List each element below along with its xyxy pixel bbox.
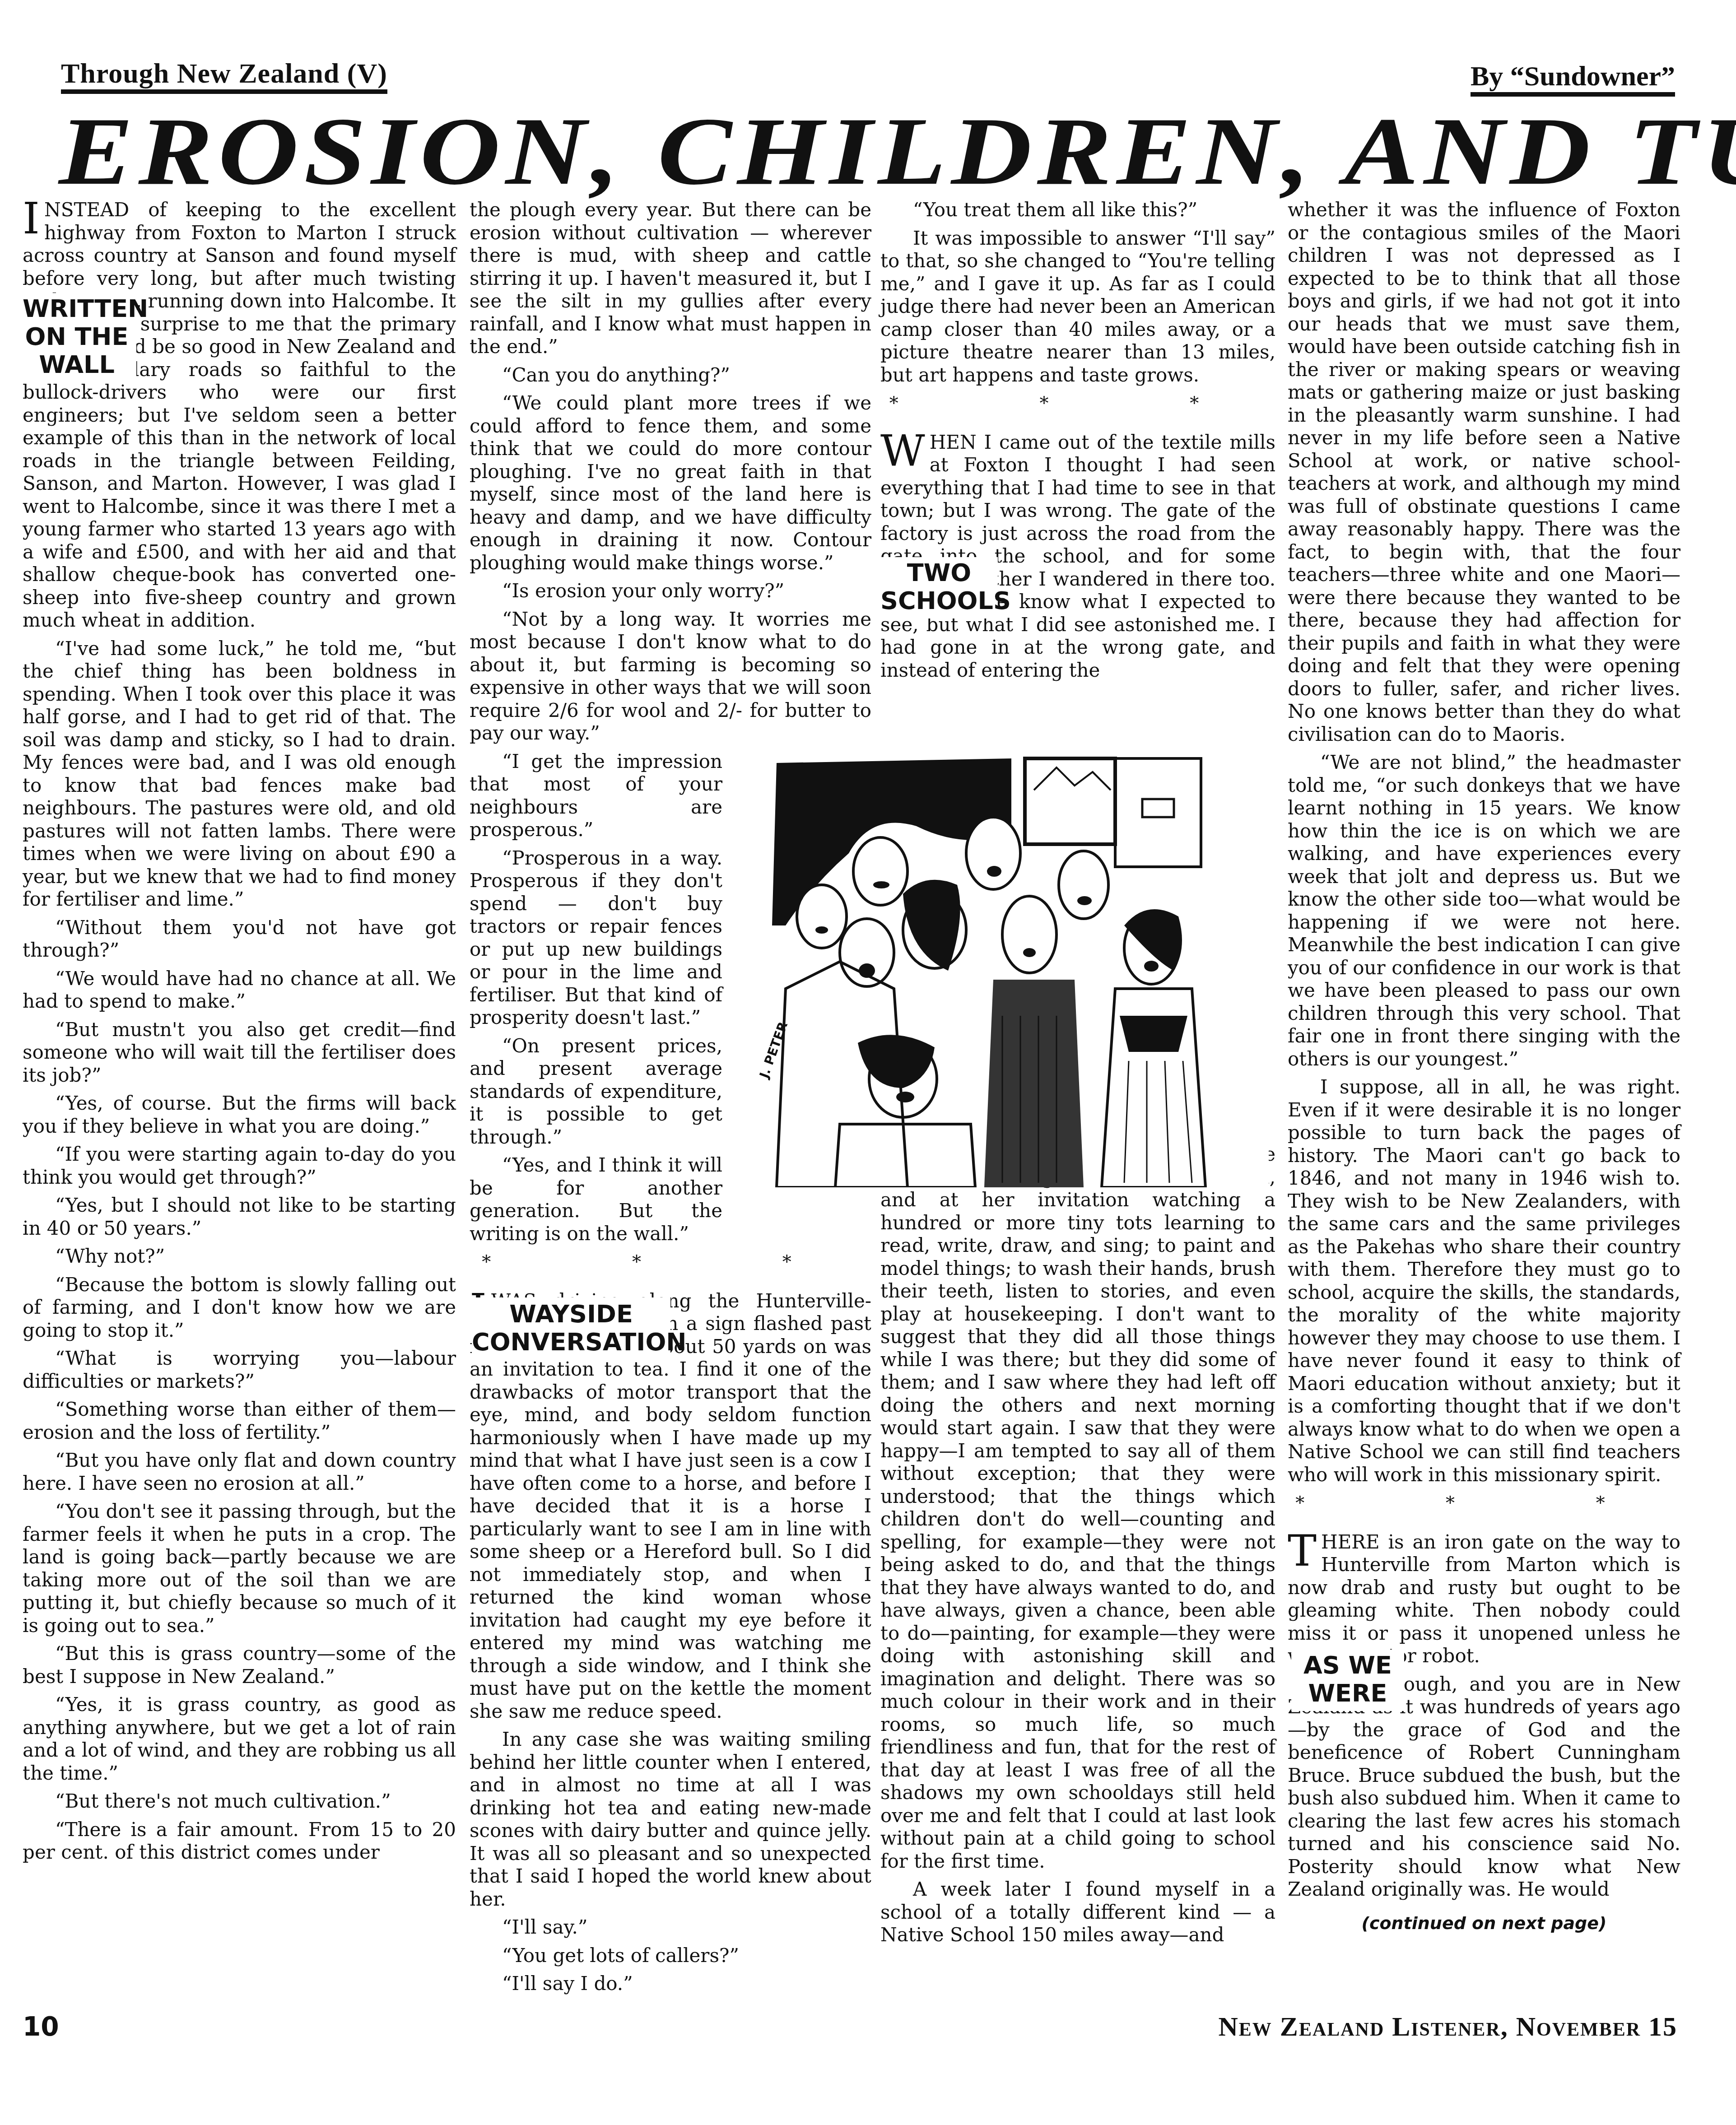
subhead-wayside-conversation: WAYSIDE CONVERSATION <box>472 1297 670 1361</box>
paragraph: “Something worse than either of them—ero… <box>23 1398 456 1444</box>
paragraph: I NSTEAD of keeping to the excellent hig… <box>23 199 456 632</box>
illustration-children-singing: J. PETER <box>759 736 1269 1187</box>
paragraph: W HEN I came out of the textile mills at… <box>880 431 1275 682</box>
paragraph: “Is erosion your only worry?” <box>470 580 871 603</box>
paragraph: “You don't see it passing through, but t… <box>23 1500 456 1637</box>
paragraph: “Can you do anything?” <box>470 364 871 387</box>
paragraph: “If you were starting again to-day do yo… <box>23 1143 456 1189</box>
headline: EROSION, CHILDREN, AND TUSSOCKS <box>59 106 1736 196</box>
subhead-as-we-were: AS WE WERE <box>1291 1650 1404 1711</box>
children-singing-drawing: J. PETER <box>759 736 1269 1187</box>
column-1: I NSTEAD of keeping to the excellent hig… <box>23 199 456 1869</box>
paragraph: “But you have only flat and down country… <box>23 1449 456 1495</box>
magazine-footer: New Zealand Listener, November 15 <box>1219 2011 1677 2042</box>
paragraph: main school, found myself talking to the… <box>880 1143 1275 1873</box>
paragraph: “But mustn't you also get credit—find so… <box>23 1018 456 1087</box>
paragraph: “But there's not much cultivation.” <box>23 1790 456 1813</box>
drop-cap: W <box>880 433 925 469</box>
section-separator: * * * <box>1288 1492 1680 1515</box>
paragraph: the plough every year. But there can be … <box>470 199 871 358</box>
paragraph: “Yes, but I should not like to be starti… <box>23 1194 456 1240</box>
paragraph: “Prosperous in a way. Prosperous if they… <box>470 847 722 1029</box>
paragraph: “Yes, of course. But the firms will back… <box>23 1092 456 1138</box>
drop-cap: T <box>1288 1533 1317 1569</box>
paragraph: “What is worrying you—labour difficultie… <box>23 1347 456 1393</box>
paragraph: “Because the bottom is slowly falling ou… <box>23 1274 456 1342</box>
paragraph: “But this is grass country—some of the b… <box>23 1642 456 1688</box>
subhead-two-schools: TWO SCHOOLS <box>880 557 998 618</box>
section-separator: * * * <box>470 1251 871 1274</box>
paragraph: “Yes, it is grass country, as good as an… <box>23 1693 456 1785</box>
paragraph: “There is a fair amount. From 15 to 20 p… <box>23 1818 456 1864</box>
paragraph: “I'll say.” <box>470 1916 871 1939</box>
paragraph: “Without them you'd not have got through… <box>23 916 456 962</box>
drop-cap: I <box>23 200 40 237</box>
paragraph: In any case she was waiting smiling behi… <box>470 1728 871 1911</box>
section-separator: * * * <box>880 392 1275 415</box>
series-title: Through New Zealand (V) <box>61 59 387 94</box>
paragraph: “We could plant more trees if we could a… <box>470 392 871 574</box>
paragraph: A week later I found myself in a school … <box>880 1878 1275 1947</box>
paragraph: “You treat them all like this?” <box>880 199 1275 222</box>
paragraph: “On present prices, and present average … <box>470 1035 722 1149</box>
paragraph: “We are not blind,” the headmaster told … <box>1288 751 1680 1070</box>
paragraph: whether it was the influence of Foxton o… <box>1288 199 1680 746</box>
narrow-text-block: “I get the impression that most of your … <box>470 750 722 1246</box>
paragraph: “Yes, and I think it will be for another… <box>470 1154 722 1245</box>
paragraph: I suppose, all in all, he was right. Eve… <box>1288 1076 1680 1486</box>
paragraph: “Not by a long way. It worries me most b… <box>470 608 871 745</box>
paragraph: It was impossible to answer “I'll say” t… <box>880 227 1275 387</box>
paragraph: “Why not?” <box>23 1245 456 1268</box>
paragraph: “I get the impression that most of your … <box>470 750 722 842</box>
paragraph: “You get lots of callers?” <box>470 1944 871 1967</box>
continued-note: (continued on next page) <box>1288 1912 1680 1935</box>
paragraph: T HERE is an iron gate on the way to Hun… <box>1288 1531 1680 1668</box>
byline: By “Sundowner” <box>1471 61 1675 97</box>
article-header: Through New Zealand (V) By “Sundowner” <box>61 59 1675 95</box>
paragraph: “We would have had no chance at all. We … <box>23 967 456 1013</box>
paragraph: “I've had some luck,” he told me, “but t… <box>23 637 456 911</box>
page-number: 10 <box>23 2011 59 2042</box>
subhead-written-on-the-wall: WRITTEN ON THE WALL <box>23 293 136 382</box>
paragraph: “I'll say I do.” <box>470 1972 871 1995</box>
